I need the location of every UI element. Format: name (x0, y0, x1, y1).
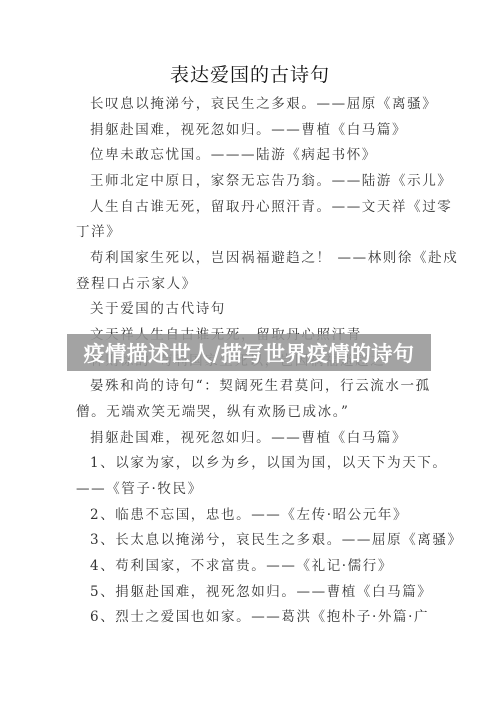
document-title: 表达爱国的古诗句 (0, 60, 500, 87)
poem-line-continued: 登程口占示家人》 (76, 272, 197, 292)
poem-line: 捐躯赴国难，视死忽如归。——曹植《白马篇》 (90, 118, 407, 138)
poem-line: 5、捐躯赴国难，视死忽如归。——曹植《白马篇》 (90, 580, 432, 600)
poem-line: 王师北定中原日，家祭无忘告乃翁。——陆游《示儿》 (90, 169, 452, 189)
poem-line-continued: 僧。无端欢笑无端哭，纵有欢肠已成冰。” (76, 400, 350, 420)
caption-banner: 疫情描述世人/描写世界疫情的诗句 (67, 334, 431, 371)
poem-line: 长叹息以掩涕兮，哀民生之多艰。——屈原《离骚》 (90, 92, 437, 112)
poem-line-continued: ——《管子·牧民》 (76, 477, 203, 497)
poem-line: 3、长太息以掩涕兮，哀民生之多艰。——屈原《离骚》 (90, 528, 463, 548)
section-heading: 关于爱国的古代诗句 (90, 297, 226, 317)
poem-line: 晏殊和尚的诗句“：契阔死生君莫问，行云流水一孤 (90, 374, 431, 394)
poem-line: 2、临患不忘国，忠也。——《左传·昭公元年》 (90, 503, 408, 523)
caption-text: 疫情描述世人/描写世界疫情的诗句 (84, 338, 415, 368)
poem-line: 苟利国家生死以，岂因祸福避趋之！ ——林则徐《赴戍 (90, 246, 458, 266)
poem-line: 人生自古谁无死，留取丹心照汗青。——文天祥《过零 (90, 195, 452, 215)
poem-line: 捐躯赴国难，视死忽如归。——曹植《白马篇》 (90, 426, 407, 446)
poem-line: 6、烈士之爱国也如家。——葛洪《抱朴子·外篇·广 (90, 605, 429, 625)
poem-line-continued: 丁洋》 (76, 220, 121, 240)
poem-line: 1、以家为家，以乡为乡，以国为国，以天下为天下。 (90, 451, 448, 471)
poem-line: 4、苟利国家，不求富贵。——《礼记·儒行》 (90, 554, 393, 574)
poem-line: 位卑未敢忘忧国。———陆游《病起书怀》 (90, 143, 377, 163)
